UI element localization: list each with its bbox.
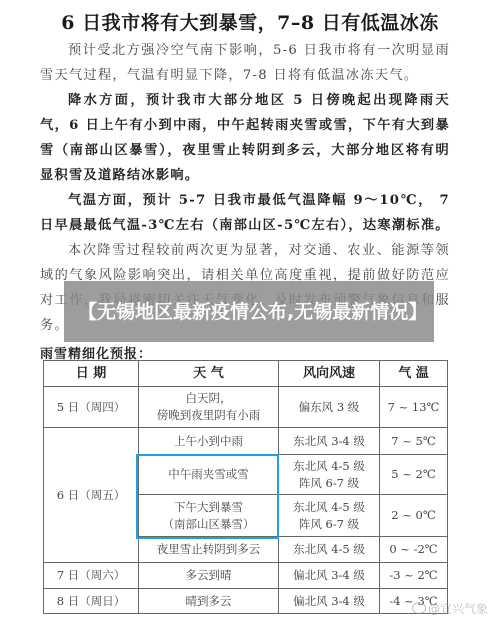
cell-wind: 偏北风 3-4 级: [279, 563, 380, 589]
cell-date: 5 日（周四）: [44, 387, 139, 428]
cell-weather: 中午雨夹雪或雪: [139, 455, 279, 495]
cell-wind: 偏北风 3-4 级: [279, 589, 380, 614]
cell-temp: 5 ~ 2℃: [380, 455, 448, 495]
cell-date: 6 日（周五）: [44, 428, 139, 563]
table-header-row: 日 期 天 气 风向风速 气 温: [44, 361, 448, 387]
document-title: 6 日我市将有大到暴雪，7–8 日有低温冰冻: [0, 8, 500, 35]
watermark: @宜兴气象: [412, 600, 488, 617]
cell-weather: 下午大到暴雪 （南部山区暴雪）: [139, 495, 279, 537]
cell-wind: 东北风 4-5 级: [279, 537, 380, 563]
overlay-banner-title[interactable]: 【无锡地区最新疫情公布,无锡最新情况】: [78, 300, 420, 324]
cell-weather: 晴到多云: [139, 589, 279, 614]
cell-wind: 东北风 3-4 级: [279, 428, 380, 455]
table-row: 7 日（周六） 多云到晴 偏北风 3-4 级 -3 ~ 2℃: [44, 563, 448, 589]
weibo-icon: [412, 602, 426, 614]
table-row: 6 日（周五） 上午小到中雨 东北风 3-4 级 7 ~ 5℃: [44, 428, 448, 455]
cell-date: 8 日（周日）: [44, 589, 139, 614]
cell-temp: -3 ~ 2℃: [380, 563, 448, 589]
cell-wind: 东北风 4-5 级 阵风 6-7 级: [279, 495, 380, 537]
header-weather: 天 气: [139, 361, 279, 387]
header-temp: 气 温: [380, 361, 448, 387]
table-row: 5 日（周四） 白天阴， 傍晚到夜里阴有小雨 偏东风 3 级 7 ~ 13℃: [44, 387, 448, 428]
cell-temp: 2 ~ 0℃: [380, 495, 448, 537]
cell-weather: 夜里雪止转阴到多云: [139, 537, 279, 563]
header-wind: 风向风速: [279, 361, 380, 387]
paragraph-intro: 预计受北方强冷空气南下影响，5-6 日我市将有一次明显雨雪天气过程，气温有明显下…: [40, 38, 450, 88]
header-date: 日 期: [44, 361, 139, 387]
paragraph-temperature: 气温方面，预计 5-7 日我市最低气温降幅 9～10℃， 7 日早晨最低气温-3…: [40, 188, 450, 238]
watermark-text: @宜兴气象: [428, 602, 488, 616]
cell-temp: 0 ~ -2℃: [380, 537, 448, 563]
paragraph-precipitation: 降水方面，预计我市大部分地区 5 日傍晚起出现降雨天气，6 日上午有小到中雨，中…: [40, 88, 450, 188]
forecast-table: 日 期 天 气 风向风速 气 温 5 日（周四） 白天阴， 傍晚到夜里阴有小雨 …: [43, 360, 448, 614]
cell-temp: 7 ~ 13℃: [380, 387, 448, 428]
overlay-banner[interactable]: 【无锡地区最新疫情公布,无锡最新情况】: [64, 281, 434, 342]
cell-date: 7 日（周六）: [44, 563, 139, 589]
cell-weather: 多云到晴: [139, 563, 279, 589]
cell-temp: 7 ~ 5℃: [380, 428, 448, 455]
cell-wind: 偏东风 3 级: [279, 387, 380, 428]
cell-wind: 东北风 4-5 级 阵风 6-7 级: [279, 455, 380, 495]
cell-weather: 白天阴， 傍晚到夜里阴有小雨: [139, 387, 279, 428]
table-row: 8 日（周日） 晴到多云 偏北风 3-4 级 -4 ~ 3℃: [44, 589, 448, 614]
cell-weather: 上午小到中雨: [139, 428, 279, 455]
